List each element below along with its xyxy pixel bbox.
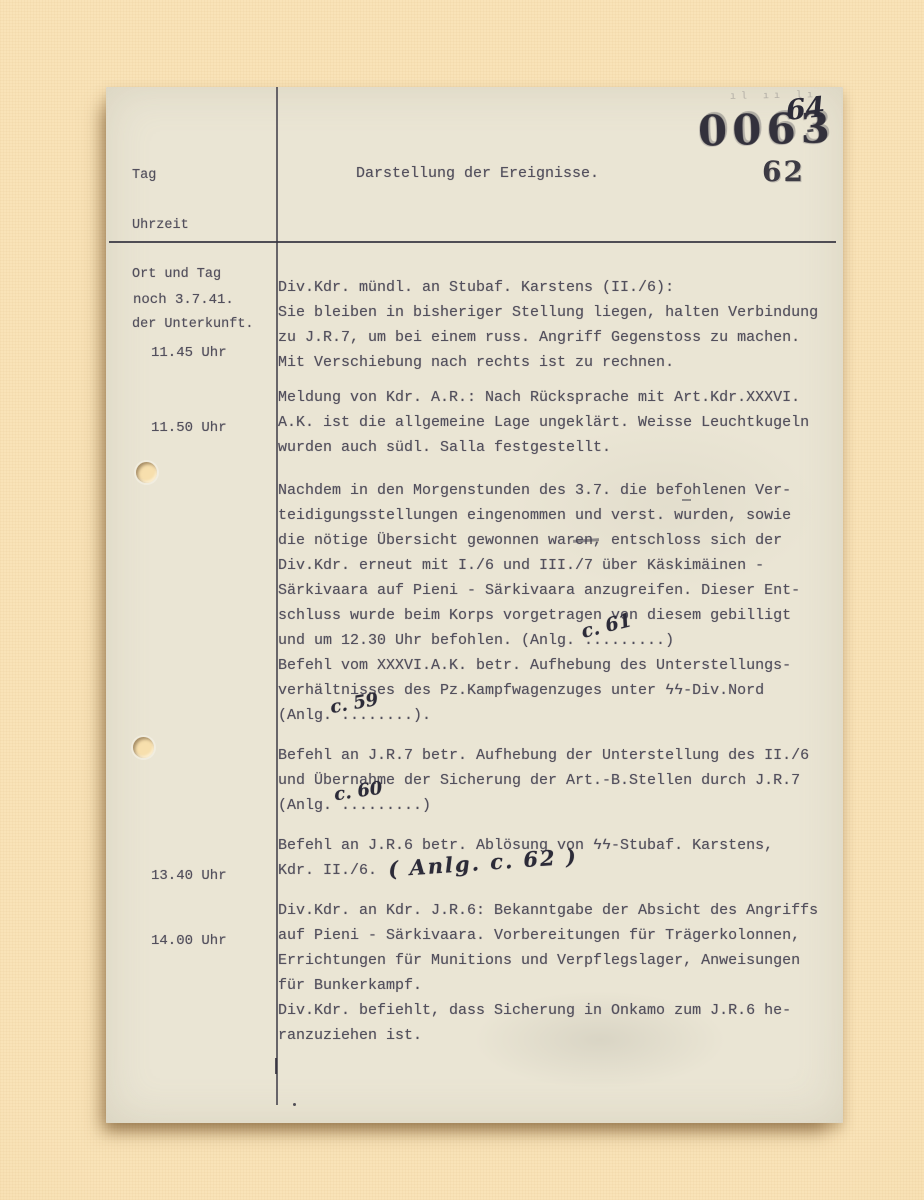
entry-time: 11.50 Uhr: [151, 385, 227, 473]
header-line: Uhrzeit: [132, 218, 254, 235]
entry-text: Befehl vom XXXVI.A.K. betr. Aufhebung de…: [278, 653, 839, 728]
entry-time: noch 3.7.41. 11.45 Uhr: [133, 257, 234, 397]
punch-hole-bottom: [133, 737, 154, 758]
page-number-stamp: 62: [762, 155, 805, 188]
entry-text: Meldung von Kdr. A.R.: Nach Rücksprache …: [278, 385, 839, 460]
entry-text: Div.Kdr. mündl. an Stubaf. Karstens (II.…: [278, 275, 839, 375]
entry-text: Div.Kdr. an Kdr. J.R.6: Bekanntgabe der …: [278, 898, 839, 1048]
entry-text: Befehl an J.R.7 betr. Aufhebung der Unte…: [278, 743, 839, 818]
pen-mark-dot: [293, 1103, 296, 1106]
header-line: Tag: [132, 168, 254, 185]
typewriter-overstrike: [682, 499, 691, 501]
document-page: Tag Uhrzeit Ort und Tag der Unterkunft. …: [106, 87, 843, 1123]
events-column-title: Darstellung der Ereignisse.: [356, 165, 599, 182]
pen-mark: [275, 1058, 278, 1074]
entry-time: 14.00 Uhr: [151, 898, 227, 986]
page-number-handwritten: 64: [784, 90, 826, 127]
entry-text: Befehl an J.R.6 betr. Ablösung von ϟϟ-St…: [278, 833, 839, 883]
photo-background: Tag Uhrzeit Ort und Tag der Unterkunft. …: [0, 0, 924, 1200]
entry-text: Nachdem in den Morgenstunden des 3.7. di…: [278, 478, 839, 653]
